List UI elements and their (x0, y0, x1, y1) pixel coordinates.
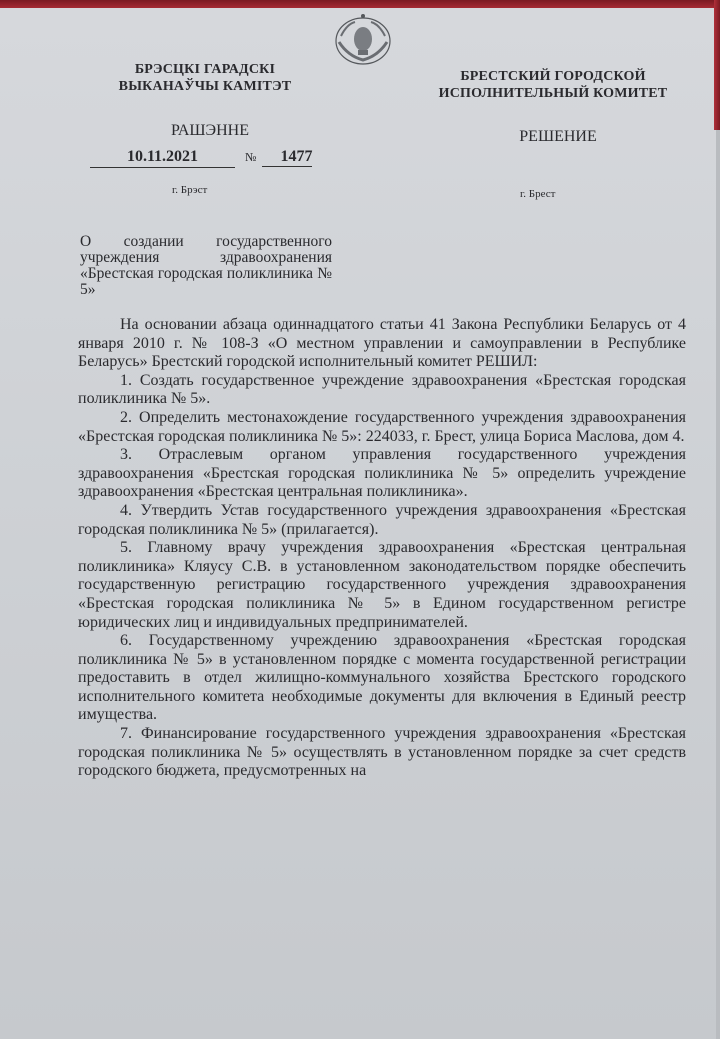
preamble-paragraph: На основании абзаца одиннадцатого статьи… (78, 316, 686, 372)
clause-paragraph: 6. Государственному учреждению здравоохр… (78, 632, 686, 725)
left-org-line-1: БРЭСЦКІ ГАРАДСКІ (90, 61, 320, 78)
number-sign: № (245, 150, 256, 165)
clause-paragraph: 2. Определить местонахождение государств… (78, 409, 686, 446)
right-org-line-2: ИСПОЛНИТЕЛЬНЫЙ КОМИТЕТ (418, 85, 688, 102)
left-organization-name: БРЭСЦКІ ГАРАДСКІ ВЫКАНАЎЧЫ КАМІТЭТ (90, 61, 320, 95)
city-belarusian: г. Брэст (172, 184, 207, 196)
decision-number: 1477 (262, 148, 312, 167)
folder-edge-right (714, 0, 720, 130)
decision-date: 10.11.2021 (90, 148, 235, 168)
decision-subject: О создании государственного учреждения з… (80, 234, 332, 298)
clause-paragraph: 4. Утвердить Устав государственного учре… (78, 502, 686, 539)
doc-type-russian: РЕШЕНИЕ (458, 128, 658, 146)
belarus-coat-of-arms-icon (333, 12, 393, 66)
clause-paragraph: 3. Отраслевым органом управления государ… (78, 446, 686, 502)
clause-paragraph: 1. Создать государственное учреждение зд… (78, 372, 686, 409)
left-org-line-2: ВЫКАНАЎЧЫ КАМІТЭТ (90, 78, 320, 95)
doc-type-belarusian: РАШЭННЕ (110, 122, 310, 140)
clause-paragraph: 5. Главному врачу учреждения здравоохран… (78, 539, 686, 632)
clause-paragraph: 7. Финансирование государственного учреж… (78, 725, 686, 781)
date-number-line: 10.11.2021 № 1477 (90, 148, 312, 168)
folder-edge (0, 0, 720, 8)
right-organization-name: БРЕСТСКИЙ ГОРОДСКОЙ ИСПОЛНИТЕЛЬНЫЙ КОМИТ… (418, 68, 688, 102)
right-org-line-1: БРЕСТСКИЙ ГОРОДСКОЙ (418, 68, 688, 85)
city-russian: г. Брест (520, 188, 555, 200)
decision-body: На основании абзаца одиннадцатого статьи… (78, 316, 686, 781)
document-page: БРЭСЦКІ ГАРАДСКІ ВЫКАНАЎЧЫ КАМІТЭТ БРЕСТ… (0, 6, 716, 1039)
